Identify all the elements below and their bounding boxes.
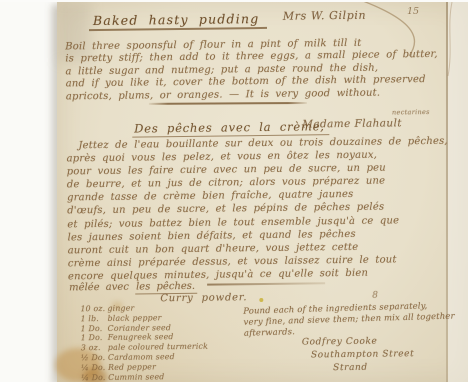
ingredient-qty: 1 Do.	[81, 323, 108, 333]
ingredient-qty: 1 lb.	[80, 314, 107, 324]
ingredient-name: black pepper	[107, 313, 161, 323]
photo-border	[0, 0, 468, 2]
interline-note: nectarines	[392, 108, 430, 116]
signature-street: Southampton Street	[311, 349, 414, 360]
section-rule	[207, 282, 325, 285]
ingredient-qty: ½ Do.	[81, 353, 108, 363]
signature-name: Godfrey Cooke	[302, 337, 378, 348]
recipe2-text: Jettez de l'eau bouillante sur deux ou t…	[66, 135, 456, 284]
handwritten-content: Baked hasty pudding Mrs W. Gilpin Boil t…	[55, 0, 468, 382]
ingredient-qty: ¼ Do.	[81, 372, 108, 382]
ingredient-list: 10 oz. ginger 1 lb. black pepper 1 Do. C…	[80, 303, 208, 382]
recipe2-last-line: mêlée avec les pêches.	[69, 279, 325, 293]
ingredient-qty: 1 Do.	[81, 333, 108, 343]
recipe2-attribution: Madame Flahault	[302, 117, 402, 130]
ink-dot	[259, 298, 263, 302]
ingredient-qty: 10 oz.	[80, 304, 107, 314]
signature-city: Strand	[333, 363, 368, 373]
section-rule	[149, 102, 307, 105]
ingredient-name: ginger	[107, 304, 134, 314]
ingredient-name: Cardamom seed	[108, 352, 175, 363]
recipe1-text: Boil three spoonsful of flour in a pint …	[65, 37, 452, 104]
recipe1-attribution: Mrs W. Gilpin	[283, 9, 366, 23]
recipe2-last-line-start: mêlée avec	[69, 282, 135, 294]
margin-mark: 8	[372, 291, 378, 301]
recipe2-title: Des pêches avec la crème,	[132, 119, 329, 137]
ingredient-qty: 3 oz.	[81, 343, 108, 353]
recipe1-title: Baked hasty pudding	[89, 11, 268, 31]
ingredient-name: Red pepper	[108, 362, 156, 372]
ingredient-name: pale coloured turmerick	[108, 342, 208, 353]
ingredient-row: ¼ Do. Cummin seed	[81, 371, 208, 382]
curry-note: Pound each of the ingredients separately…	[243, 301, 414, 339]
ingredient-qty: ¼ Do.	[81, 363, 108, 373]
ingredient-name: Cummin seed	[108, 372, 164, 382]
manuscript-photo: 15 Baked hasty pudding Mrs W. Gilpin Boi…	[0, 0, 468, 382]
manuscript-page: 15 Baked hasty pudding Mrs W. Gilpin Boi…	[57, 2, 468, 382]
